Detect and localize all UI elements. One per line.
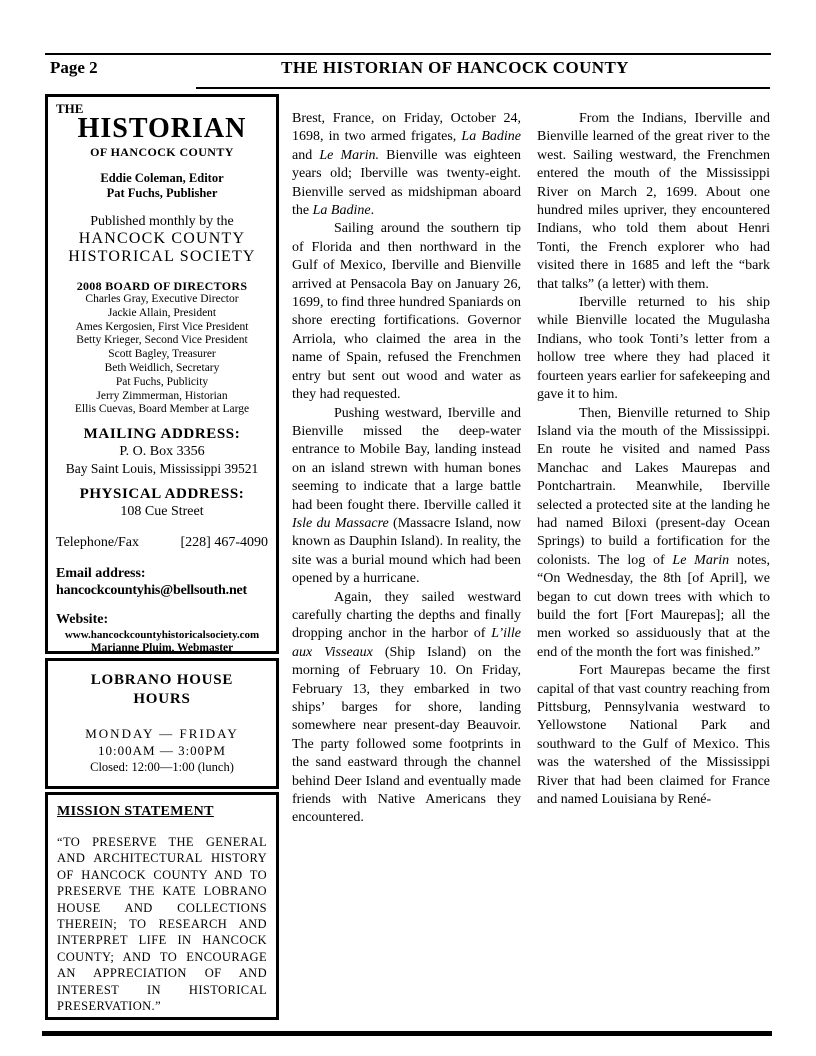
- article-column-middle: Brest, France, on Friday, October 24, 16…: [292, 110, 521, 828]
- phone-row: Telephone/Fax [228] 467-4090: [56, 534, 268, 551]
- text-run: .: [371, 203, 375, 218]
- lobrano-house-hours-box: LOBRANO HOUSE HOURS MONDAY — FRIDAY 10:0…: [45, 658, 279, 789]
- masthead-published-line: Published monthly by the: [56, 214, 268, 230]
- newsletter-page: Page 2 THE HISTORIAN OF HANCOCK COUNTY T…: [0, 0, 816, 1056]
- board-list: Charles Gray, Executive Director Jackie …: [56, 293, 268, 417]
- mailing-address-line2: Bay Saint Louis, Mississippi 39521: [56, 460, 268, 477]
- board-member: Charles Gray, Executive Director: [56, 293, 268, 307]
- article-paragraph: Pushing westward, Iberville and Bienvill…: [292, 405, 521, 589]
- article-paragraph: Again, they sailed westward carefully ch…: [292, 589, 521, 828]
- mission-statement-box: MISSION STATEMENT “TO PRESERVE THE GENER…: [45, 792, 279, 1020]
- page-bottom-rule: [42, 1031, 772, 1036]
- text-run: Iberville returned to his ship while Bie…: [537, 295, 770, 402]
- mailing-address-line1: P. O. Box 3356: [56, 443, 268, 460]
- physical-address-heading: PHYSICAL ADDRESS:: [56, 486, 268, 503]
- text-run: Fort Maurepas became the first capital o…: [537, 663, 770, 807]
- masthead-publisher: Pat Fuchs, Publisher: [56, 186, 268, 201]
- board-member: Betty Krieger, Second Vice President: [56, 334, 268, 348]
- article-column-right: From the Indians, Iberville and Bienvill…: [537, 110, 770, 809]
- webmaster-credit: Marianne Pluim, Webmaster: [56, 642, 268, 655]
- header-bottom-rule: [196, 87, 770, 89]
- newsletter-running-title: THE HISTORIAN OF HANCOCK COUNTY: [140, 58, 770, 78]
- article-paragraph: Then, Bienville returned to Ship Island …: [537, 405, 770, 663]
- article-paragraph: From the Indians, Iberville and Bienvill…: [537, 110, 770, 294]
- italic-text-run: La Badine: [461, 129, 521, 144]
- hours-title-line2: HOURS: [54, 690, 270, 709]
- board-heading: 2008 BOARD OF DIRECTORS: [56, 279, 268, 293]
- email-label: Email address:: [56, 565, 268, 582]
- phone-label: Telephone/Fax: [56, 534, 139, 551]
- article-paragraph: Brest, France, on Friday, October 24, 16…: [292, 110, 521, 220]
- text-run: Again, they sailed westward carefully ch…: [292, 590, 521, 642]
- board-member: Jerry Zimmerman, Historian: [56, 390, 268, 404]
- email-address: hancockcountyhis@bellsouth.net: [56, 582, 268, 599]
- physical-address-line1: 108 Cue Street: [56, 503, 268, 520]
- masthead-org-line2: HISTORICAL SOCIETY: [56, 248, 268, 266]
- masthead-org-line1: HANCOCK COUNTY: [56, 230, 268, 248]
- text-run: (Ship Island) on the morning of February…: [292, 645, 521, 826]
- board-member: Ellis Cuevas, Board Member at Large: [56, 403, 268, 417]
- board-member: Jackie Allain, President: [56, 307, 268, 321]
- text-run: notes, “On Wednesday, the 8th [of April]…: [537, 553, 770, 660]
- board-member: Ames Kergosien, First Vice President: [56, 321, 268, 335]
- hours-days: MONDAY — FRIDAY: [54, 725, 270, 742]
- masthead-editor: Eddie Coleman, Editor: [56, 171, 268, 186]
- mission-text: “TO PRESERVE THE GENERAL AND ARCHITECTUR…: [57, 834, 267, 1014]
- italic-text-run: Le Marin.: [319, 148, 379, 163]
- hours-closed-note: Closed: 12:00—1:00 (lunch): [54, 759, 270, 776]
- masthead-subtitle: OF HANCOCK COUNTY: [56, 146, 268, 159]
- hours-title-line1: LOBRANO HOUSE: [54, 671, 270, 690]
- website-label: Website:: [56, 611, 268, 628]
- text-run: and: [292, 148, 319, 163]
- header-top-rule: [45, 53, 771, 55]
- article-paragraph: Fort Maurepas became the first capital o…: [537, 662, 770, 809]
- article-paragraph: Sailing around the southern tip of Flori…: [292, 220, 521, 404]
- masthead-box: THE HISTORIAN OF HANCOCK COUNTY Eddie Co…: [45, 94, 279, 654]
- italic-text-run: Le Marin: [672, 553, 729, 568]
- phone-number: [228] 467-4090: [181, 534, 269, 551]
- website-url: www.hancockcountyhistoricalsociety.com: [56, 629, 268, 642]
- masthead-title: HISTORIAN: [56, 114, 268, 144]
- text-run: Sailing around the southern tip of Flori…: [292, 221, 521, 402]
- board-member: Beth Weidlich, Secretary: [56, 362, 268, 376]
- text-run: From the Indians, Iberville and Bienvill…: [537, 111, 770, 292]
- hours-times: 10:00AM — 3:00PM: [54, 742, 270, 759]
- mission-heading: MISSION STATEMENT: [57, 803, 267, 820]
- mailing-address-heading: MAILING ADDRESS:: [56, 426, 268, 443]
- board-member: Scott Bagley, Treasurer: [56, 348, 268, 362]
- page-number-label: Page 2: [50, 58, 98, 78]
- italic-text-run: Isle du Massacre: [292, 516, 389, 531]
- text-run: Pushing westward, Iberville and Bienvill…: [292, 406, 521, 513]
- article-paragraph: Iberville returned to his ship while Bie…: [537, 294, 770, 404]
- board-member: Pat Fuchs, Publicity: [56, 376, 268, 390]
- italic-text-run: La Badine: [313, 203, 371, 218]
- text-run: Then, Bienville returned to Ship Island …: [537, 406, 770, 568]
